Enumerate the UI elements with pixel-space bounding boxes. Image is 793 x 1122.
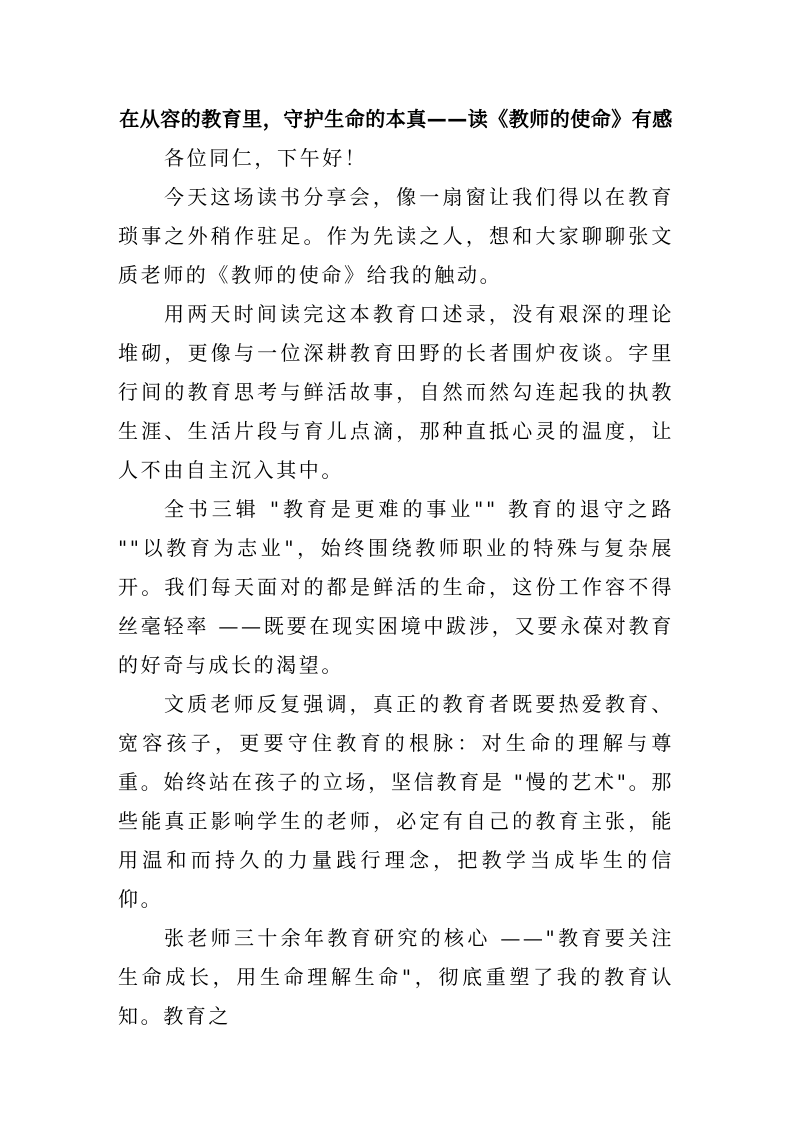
paragraph-reading-experience: 用两天时间读完这本教育口述录，没有艰深的理论堆砌，更像与一位深耕教育田野的长者围…: [118, 295, 674, 490]
paragraph-core-idea: 张老师三十余年教育研究的核心 ——"教育要关注生命成长，用生命理解生命"，彻底重…: [118, 919, 674, 1036]
paragraph-teacher-emphasis: 文质老师反复强调，真正的教育者既要热爱教育、宽容孩子，更要守住教育的根脉：对生命…: [118, 685, 674, 919]
paragraph-greeting: 各位同仁，下午好！: [118, 139, 674, 178]
paragraph-intro: 今天这场读书分享会，像一扇窗让我们得以在教育琐事之外稍作驻足。作为先读之人，想和…: [118, 178, 674, 295]
document-page: 在从容的教育里，守护生命的本真——读《教师的使命》有感 各位同仁，下午好！ 今天…: [118, 100, 674, 1036]
paragraph-book-structure: 全书三辑 "教育是更难的事业"" 教育的退守之路 ""以教育为志业"，始终围绕教…: [118, 490, 674, 685]
document-title: 在从容的教育里，守护生命的本真——读《教师的使命》有感: [118, 100, 674, 139]
